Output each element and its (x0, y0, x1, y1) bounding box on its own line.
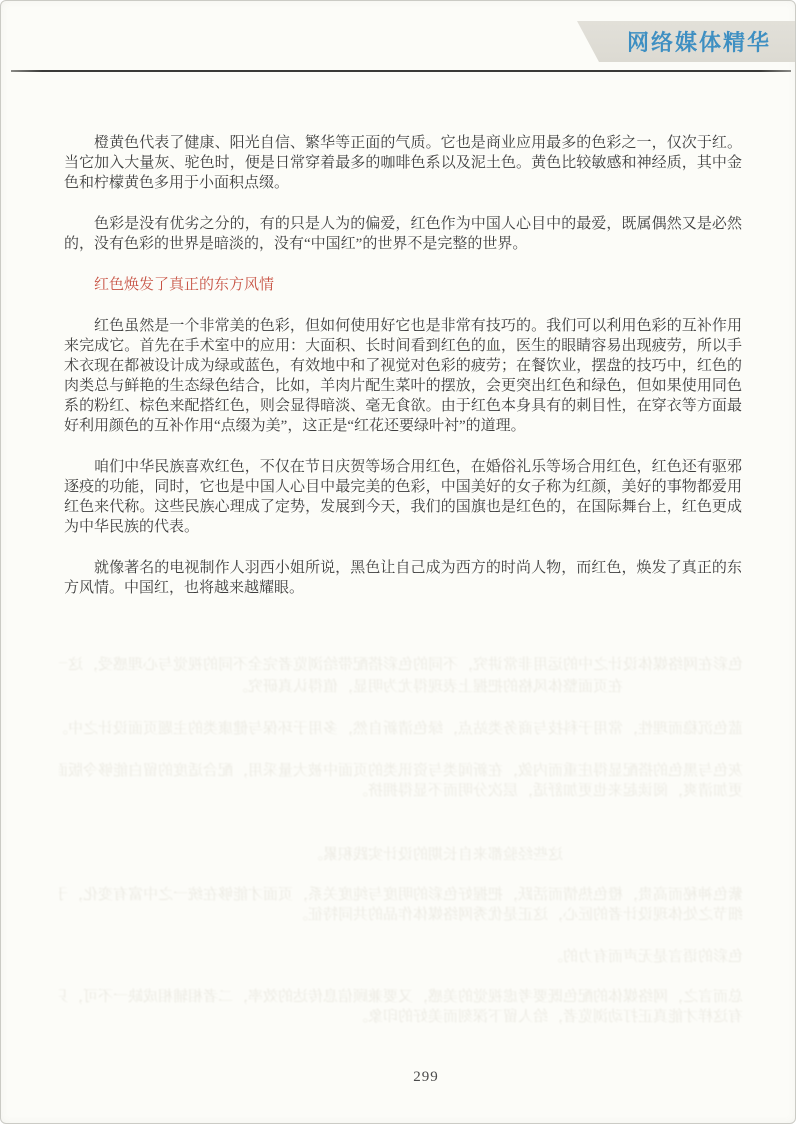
bleedthrough-line: 更加清爽，阅读起来也更加舒适，层次分明而不显得拥挤。 (59, 781, 743, 801)
bleedthrough-line: 细节之处体现设计者的匠心，这正是优秀网络媒体作品的共同特征。 (59, 905, 743, 925)
reverse-page-bleedthrough: 色彩在网络媒体设计之中的运用非常讲究，不同的色彩搭配带给浏览者完全不同的视觉与心… (59, 653, 743, 1033)
page-number: 299 (29, 1069, 796, 1086)
bleedthrough-line: 色彩的语言是无声而有力的。 (483, 947, 743, 967)
scanned-book-page: 网络媒体精华 橙黄色代表了健康、阳光自信、繁华等正面的气质。它也是商业应用最多的… (0, 0, 796, 1124)
bleedthrough-line: 蓝色沉稳而理性，常用于科技与商务类站点，绿色清新自然，多用于环保与健康类的主题页… (59, 719, 743, 739)
bleedthrough-line: 灰色与黑色的搭配显得庄重而内敛，在新闻类与资讯类的页面中被大量采用，配合适度的留… (59, 761, 743, 781)
bleedthrough-line: 在页面整体风格的把握上表现得尤为明显，值得认真研究。 (203, 677, 623, 697)
running-header-band: 网络媒体精华 (577, 21, 795, 62)
paragraph-color-preference: 色彩是没有优劣之分的，有的只是人为的偏爱，红色作为中国人心目中的最爱，既属偶然又… (64, 214, 742, 254)
bleedthrough-line: 总而言之，网络媒体的配色既要考虑视觉的美感，又要兼顾信息传达的效率，二者相辅相成… (59, 987, 743, 1007)
paragraph-red-usage: 红色虽然是一个非常美的色彩，但如何使用好它也是非常有技巧的。我们可以利用色彩的互… (64, 316, 742, 436)
bleedthrough-line: 这些经验都来自长期的设计实践积累。 (233, 845, 563, 865)
paragraph-red-nation: 咱们中华民族喜欢红色，不仅在节日庆贺等场合用红色，在婚俗礼乐等场合用红色，红色还… (64, 457, 742, 537)
section-heading: 红色焕发了真正的东方风情 (64, 275, 742, 295)
bleedthrough-line: 色彩在网络媒体设计之中的运用非常讲究，不同的色彩搭配带给浏览者完全不同的视觉与心… (59, 655, 743, 675)
paragraph-orange-yellow: 橙黄色代表了健康、阳光自信、繁华等正面的气质。它也是商业应用最多的色彩之一，仅次… (64, 133, 742, 193)
header-rule (11, 70, 791, 72)
paragraph-red-conclusion: 就像著名的电视制作人羽西小姐所说，黑色让自己成为西方的时尚人物，而红色，焕发了真… (64, 558, 742, 598)
bleedthrough-line: 紫色神秘而高贵，橙色热情而活跃，把握好色彩的明度与纯度关系，页面才能够在统一之中… (59, 885, 743, 905)
running-header-title: 网络媒体精华 (627, 26, 771, 57)
bleedthrough-line: 有这样才能真正打动浏览者，给人留下深刻而美好的印象。 (59, 1007, 743, 1027)
body-text-column: 橙黄色代表了健康、阳光自信、繁华等正面的气质。它也是商业应用最多的色彩之一，仅次… (64, 133, 742, 619)
